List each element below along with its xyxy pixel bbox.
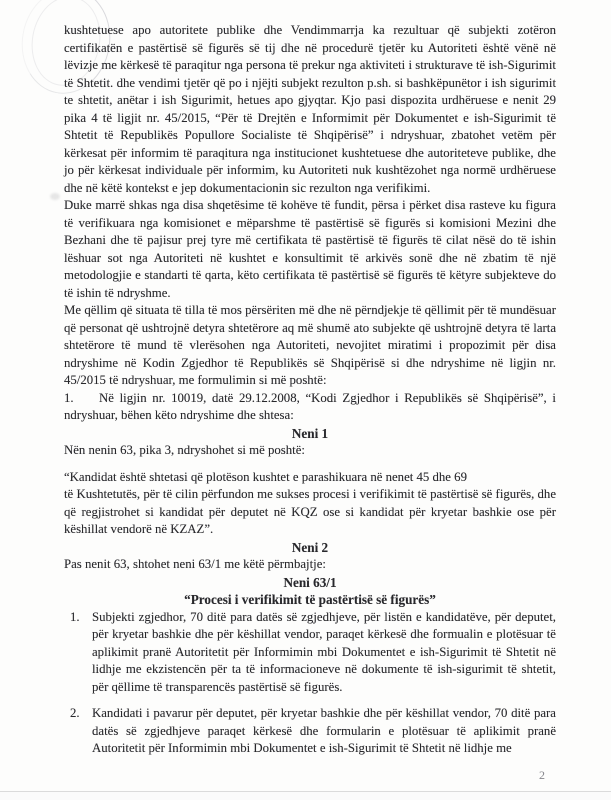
list-item-number: 1. <box>70 609 80 627</box>
page-number: 2 <box>539 768 545 783</box>
list-item-text: Kandidati i pavarur për deputet, për kry… <box>92 706 556 755</box>
quote-line-1: “Kandidat është shtetasi që plotëson kus… <box>64 469 556 487</box>
quoted-provision: “Kandidat është shtetasi që plotëson kus… <box>64 469 556 539</box>
article-heading-neni-2: Neni 2 <box>64 539 556 557</box>
paragraph-neni-1-intro: Nën nenin 63, pika 3, ndryshohet si më p… <box>64 442 556 460</box>
verification-clause-list: 1. Subjekti zgjedhor, 70 ditë para datës… <box>64 609 556 758</box>
scan-smudge <box>50 193 60 200</box>
list-item: 1. Subjekti zgjedhor, 70 ditë para datës… <box>64 609 556 697</box>
clause-text: Në ligjin nr. 10019, datë 29.12.2008, “K… <box>64 391 556 423</box>
paragraph-neni-2-intro: Pas nenit 63, shtohet neni 63/1 me këtë … <box>64 556 556 574</box>
list-item-text: Subjekti zgjedhor, 70 ditë para datës së… <box>92 610 556 694</box>
clause-number: 1. <box>64 390 99 408</box>
scan-bottom-margin <box>0 792 611 800</box>
numbered-clause-law-amendment: 1.Në ligjin nr. 10019, datë 29.12.2008, … <box>64 390 556 425</box>
article-subheading-procesi: “Procesi i verifikimit të pastërtisë së … <box>64 591 556 609</box>
list-item-number: 2. <box>70 705 80 723</box>
paragraph-purpose: Me qëllim që situata të tilla të mos për… <box>64 302 556 390</box>
quote-continuation: të Kushtetutës, për të cilin përfundon m… <box>64 486 556 539</box>
list-item: 2. Kandidati i pavarur për deputet, për … <box>64 705 556 758</box>
article-heading-neni-1: Neni 1 <box>64 425 556 443</box>
article-heading-neni-63-1: Neni 63/1 <box>64 574 556 592</box>
document-body: kushtetuese apo autoritete publike dhe V… <box>64 22 556 758</box>
scanned-document-page: kushtetuese apo autoritete publike dhe V… <box>0 0 611 800</box>
paragraph-concerns: Duke marrë shkas nga disa shqetësime të … <box>64 197 556 302</box>
paragraph-decision-context: kushtetuese apo autoritete publike dhe V… <box>64 22 556 197</box>
